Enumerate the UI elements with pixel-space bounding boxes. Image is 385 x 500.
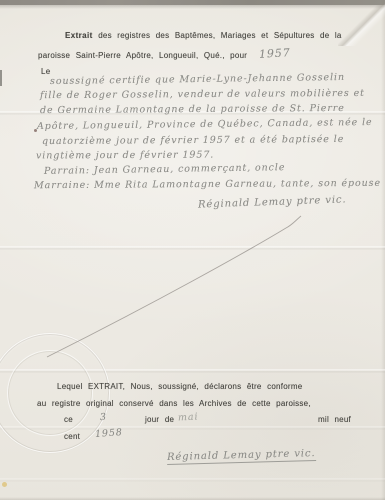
handwritten-day: 3: [100, 412, 108, 423]
scan-speck-left: [0, 70, 2, 86]
hand-line-1: soussigné certifie que Marie-Lyne-Jehann…: [50, 72, 345, 87]
hand-line-8: Marraine: Mme Rita Lamontagne Garneau, t…: [34, 178, 381, 191]
printed-le: Le: [41, 67, 50, 76]
footer-word-jour-de: jour de: [145, 415, 174, 424]
footer-word-ce: ce: [64, 415, 73, 424]
hand-line-5: quatorzième jour de février 1957 et a ét…: [42, 134, 344, 147]
doc-title-line2: paroisse Saint-Pierre Apôtre, Longueuil,…: [38, 51, 247, 60]
corner-crease-topright: [338, 0, 385, 46]
scan-edge-right: [381, 0, 385, 500]
priest-signature-mid: Réginald Lemay ptre vic.: [198, 194, 347, 210]
scan-edge-shadow: [0, 5, 385, 9]
footer-words-mil-neuf: mil neuf: [318, 415, 351, 424]
hand-line-7: Parrain: Jean Garneau, commerçant, oncle: [44, 162, 285, 177]
handwritten-year: 1958: [95, 427, 123, 440]
doc-title-line1: Extrait des registres des Baptêmes, Mari…: [65, 31, 342, 40]
footer-word-cent: cent: [64, 432, 80, 441]
title-word-extrait: Extrait: [65, 31, 93, 40]
embossed-seal-inner-ring-icon: [7, 350, 93, 436]
handwritten-month: mai: [178, 411, 199, 423]
priest-signature-bottom: Réginald Lemay ptre vic.: [167, 448, 316, 465]
footer-line2: au registre original conservé dans les A…: [37, 399, 311, 408]
hand-line-4: Apôtre, Longueuil, Province de Québec, C…: [37, 117, 373, 132]
hand-line-6: vingtième jour de février 1957.: [36, 150, 214, 162]
scanned-baptism-extract-document: Extrait des registres des Baptêmes, Mari…: [0, 0, 385, 500]
footer-line1: Lequel EXTRAIT, Nous, soussigné, déclaro…: [57, 382, 302, 391]
paper-stain: [2, 482, 7, 487]
hand-line-2: fille de Roger Gosselin, vendeur de vale…: [40, 88, 365, 101]
title-line1-rest: des registres des Baptêmes, Mariages et …: [98, 31, 341, 40]
hand-line-3: de Germaine Lamontagne de la paroisse de…: [40, 103, 345, 116]
handwritten-register-year: 1957: [259, 46, 291, 61]
fold-crease-2: [0, 246, 385, 250]
fold-crease-5: [0, 478, 385, 482]
